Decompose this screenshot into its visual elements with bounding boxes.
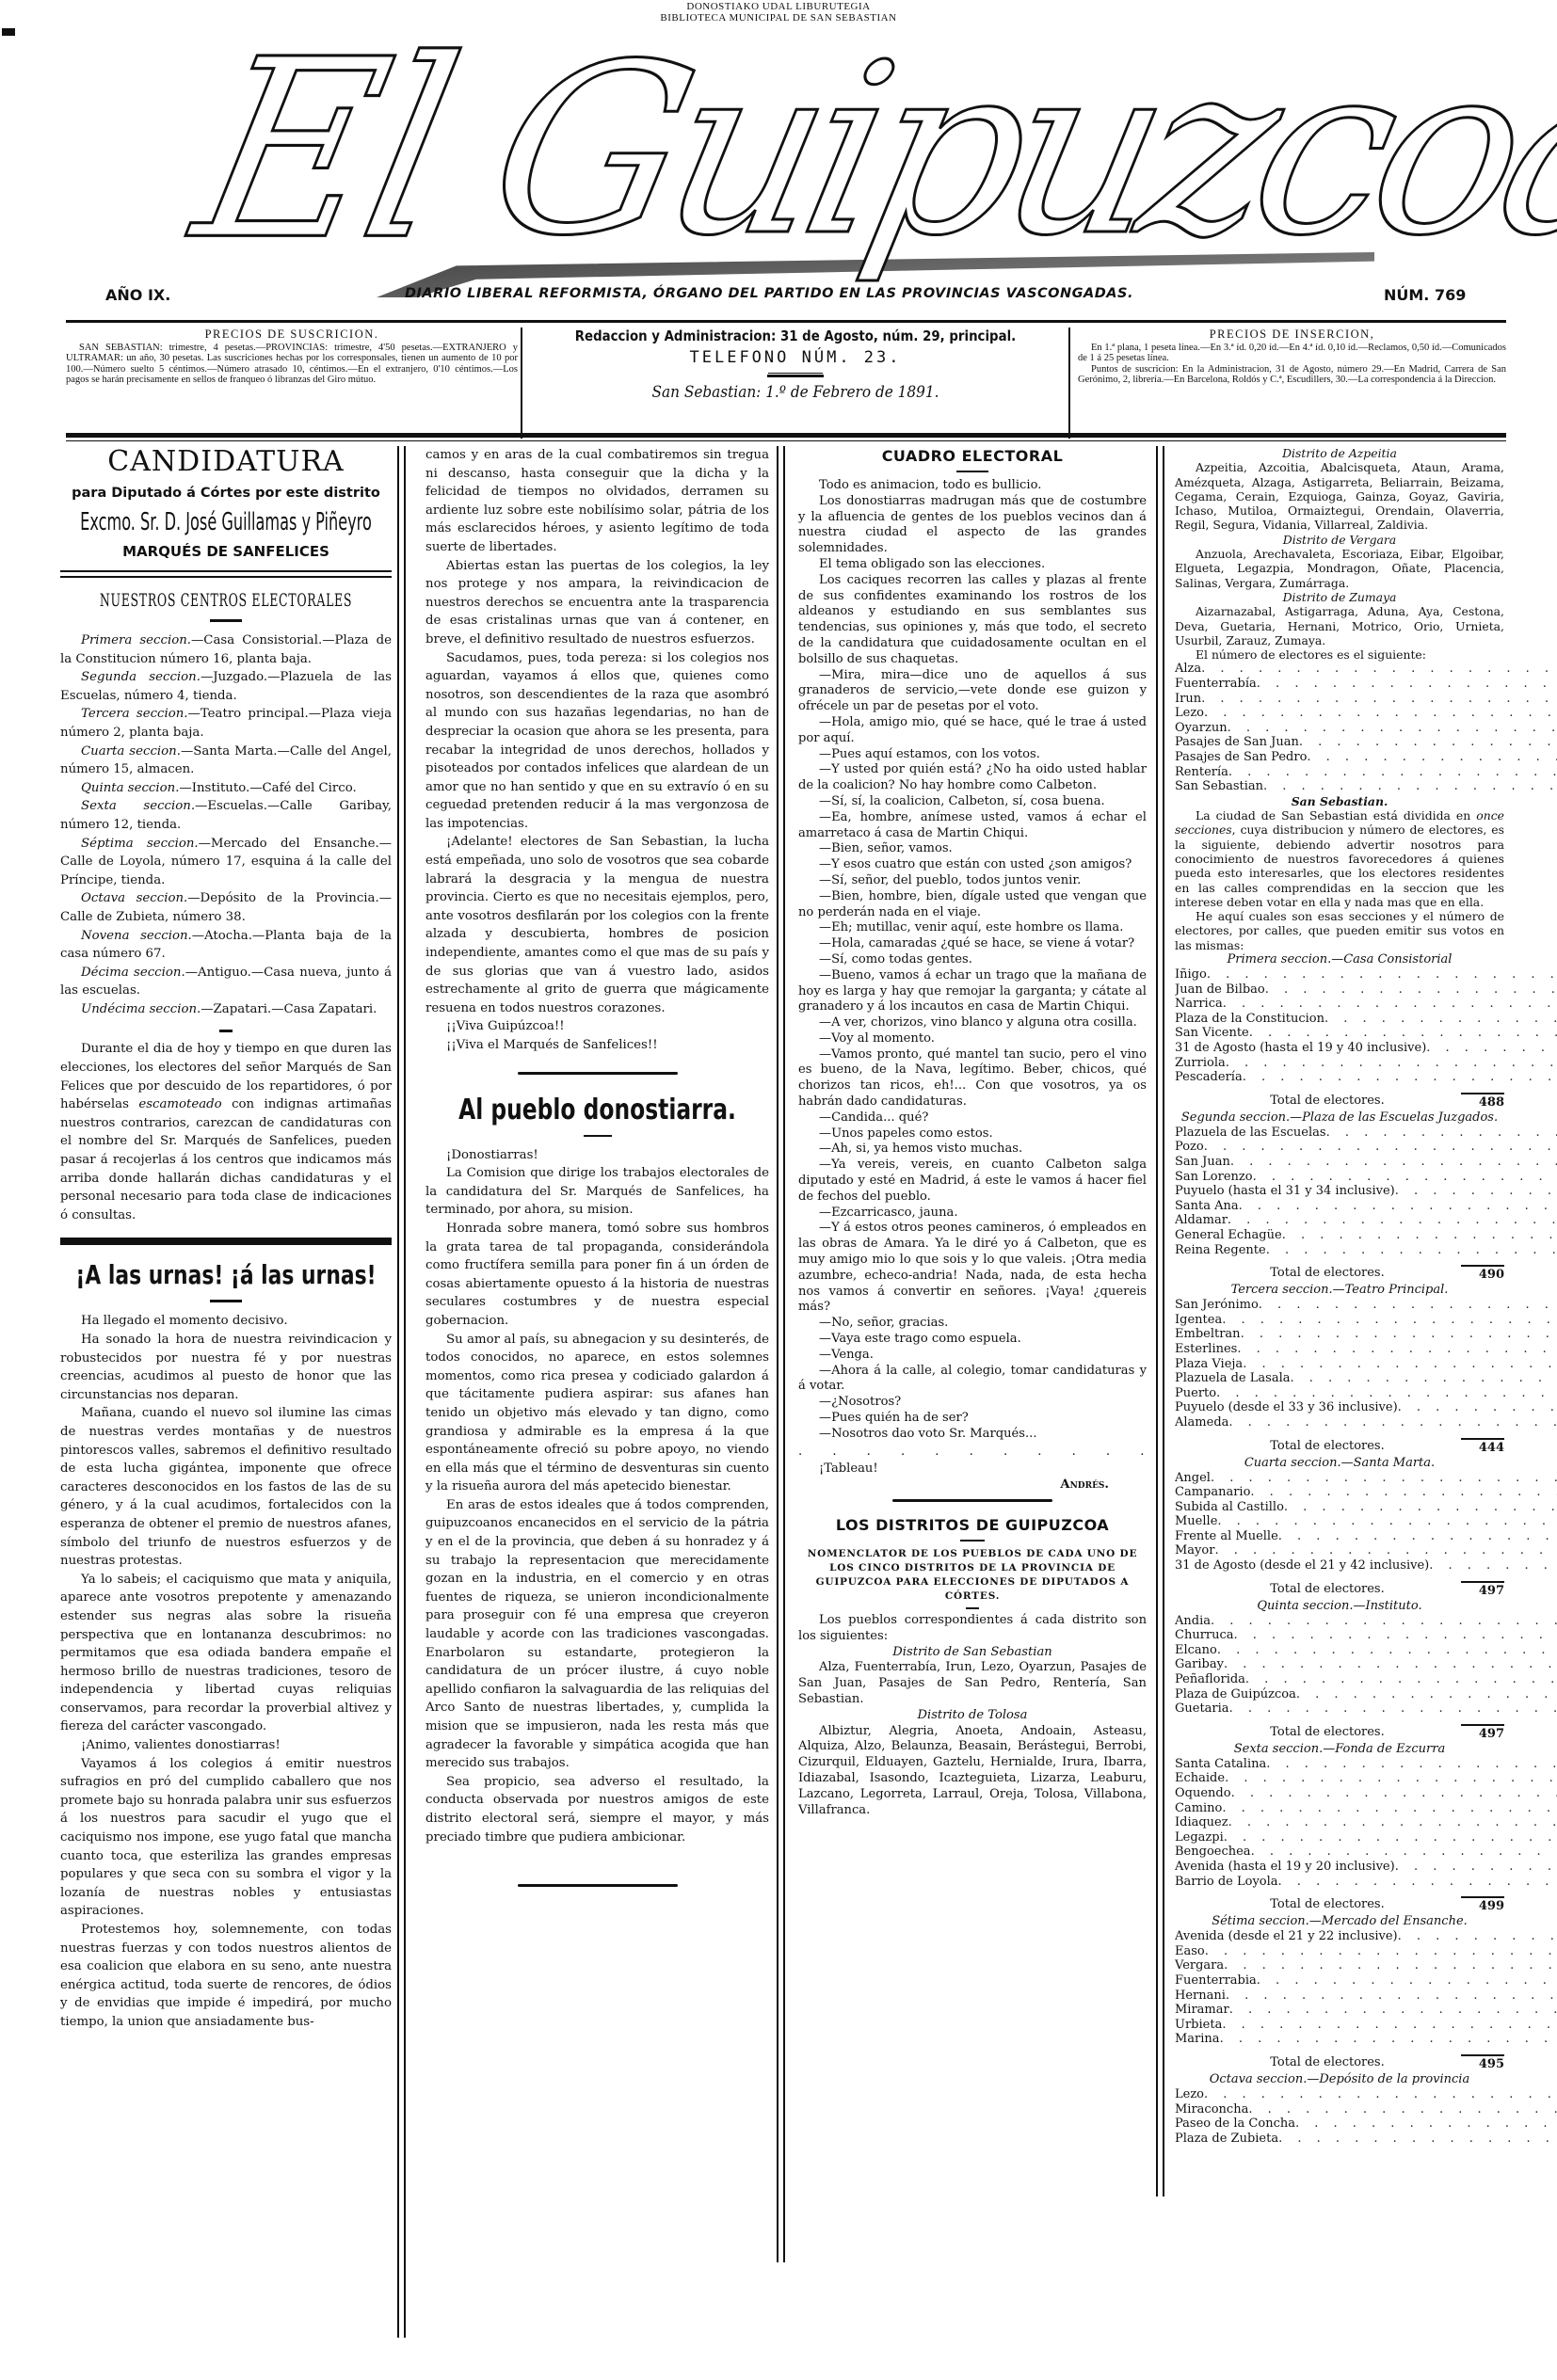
row-label: Subida al Castillo. . . . . . . . . . . …	[1175, 1500, 1557, 1515]
row-label: Oyarzun. . . . . . . . . . . . . . . . .…	[1175, 721, 1557, 736]
insertion-box: PRECIOS DE INSERCION, En 1.ª plana, 1 pe…	[1078, 329, 1506, 386]
section-total: Total de electores.495	[1175, 2054, 1504, 2072]
table-row: Avenida (desde el 21 y 22 inclusive). . …	[1175, 1929, 1557, 1944]
table-row: San Jerónimo. . . . . . . . . . . . . . …	[1175, 1298, 1557, 1313]
insertion-rates: En 1.ª plana, 1 peseta línea.—En 3.ª íd.…	[1078, 343, 1506, 364]
section-tables: Primera seccion.—Casa ConsistorialIñigo.…	[1175, 952, 1504, 2146]
section-title: Sexta seccion.—Fonda de Ezcurra	[1175, 1742, 1504, 1757]
urnas-continued-paragraph: ¡Adelante! electores de San Sebastian, l…	[425, 833, 769, 1017]
table-row: Esterlines. . . . . . . . . . . . . . . …	[1175, 1342, 1557, 1357]
distrito-tolosa-title: Distrito de Tolosa	[798, 1708, 1147, 1724]
row-label: Aldamar. . . . . . . . . . . . . . . . .…	[1175, 1213, 1557, 1228]
urnas-paragraph: Mañana, cuando el nuevo sol ilumine las …	[60, 1404, 392, 1570]
table-row: Easo. . . . . . . . . . . . . . . . . . …	[1175, 1944, 1557, 1959]
dialogue-line: —Ezcarricasco, jauna.	[798, 1206, 1147, 1222]
dialogue-line: —No, señor, gracias.	[798, 1316, 1147, 1332]
section-table: Avenida (desde el 21 y 22 inclusive). . …	[1175, 1929, 1557, 2047]
centro-item: Undécima seccion.—Zapatari.—Casa Zapatar…	[60, 1000, 392, 1019]
urnas-paragraph: Ya lo sabeis; el caciquismo que mata y a…	[60, 1571, 392, 1736]
dialogue-line: El tema obligado son las elecciones.	[798, 557, 1147, 573]
section-title: Tercera seccion.—Teatro Principal.	[1175, 1283, 1504, 1298]
row-label: Frente al Muelle. . . . . . . . . . . . …	[1175, 1529, 1557, 1544]
row-label: Angel. . . . . . . . . . . . . . . . . .…	[1175, 1471, 1557, 1486]
table-row: Mayor. . . . . . . . . . . . . . . . . .…	[1175, 1543, 1557, 1558]
row-label: Plaza de Guipúzcoa. . . . . . . . . . . …	[1175, 1687, 1557, 1702]
table-row: San Sebastian. . . . . . . . . . . . . .…	[1175, 779, 1557, 794]
dialogue-line: —Bien, señor, vamos.	[798, 841, 1147, 857]
san-sebastian-intro2: He aquí cuales son esas secciones y el n…	[1175, 909, 1504, 952]
author-signature: Andrés.	[798, 1478, 1147, 1493]
table-row: Rentería. . . . . . . . . . . . . . . . …	[1175, 765, 1557, 780]
insertion-heading: PRECIOS DE INSERCION,	[1078, 329, 1506, 341]
row-label: Mayor. . . . . . . . . . . . . . . . . .…	[1175, 1543, 1557, 1558]
row-label: Lezo. . . . . . . . . . . . . . . . . . …	[1175, 706, 1557, 721]
table-row: Miramar. . . . . . . . . . . . . . . . .…	[1175, 2003, 1557, 2018]
san-sebastian-title: San Sebastian.	[1175, 794, 1504, 808]
centros-notice: Durante el dia de hoy y tiempo en que du…	[60, 1040, 392, 1224]
dialogue-line: —Eh; mutillac, venir aquí, este hombre o…	[798, 920, 1147, 936]
row-label: Miraconcha. . . . . . . . . . . . . . . …	[1175, 2102, 1557, 2117]
ornament-rule	[518, 1884, 678, 1887]
row-label: Zurriola. . . . . . . . . . . . . . . . …	[1175, 1056, 1557, 1071]
table-row: Churruca. . . . . . . . . . . . . . . . …	[1175, 1628, 1557, 1643]
row-label: Paseo de la Concha. . . . . . . . . . . …	[1175, 2116, 1557, 2132]
row-label: Miramar. . . . . . . . . . . . . . . . .…	[1175, 2003, 1557, 2018]
row-label: Juan de Bilbao. . . . . . . . . . . . . …	[1175, 982, 1557, 998]
table-row: Plaza de la Constitucion. . . . . . . . …	[1175, 1012, 1557, 1027]
pueblo-paragraph: En aras de estos ideales que á todos com…	[425, 1496, 769, 1773]
table-row: Garibay. . . . . . . . . . . . . . . . .…	[1175, 1657, 1557, 1672]
subscription-box: PRECIOS DE SUSCRICION. SAN SEBASTIAN: tr…	[66, 329, 518, 386]
row-label: Elcano. . . . . . . . . . . . . . . . . …	[1175, 1643, 1557, 1658]
centro-item: Primera seccion.—Casa Consistorial.—Plaz…	[60, 631, 392, 668]
section-total: Total de electores.499	[1175, 1896, 1504, 1914]
row-label: Avenida (desde el 21 y 22 inclusive). . …	[1175, 1929, 1557, 1944]
dialogue-line: —Y esos cuatro que están con usted ¿son …	[798, 857, 1147, 873]
table-row: Oyarzun. . . . . . . . . . . . . . . . .…	[1175, 721, 1557, 736]
dialogue-line: —Sí, señor, del pueblo, todos juntos ven…	[798, 873, 1147, 889]
section-total: Total de electores.490	[1175, 1265, 1504, 1283]
candidatura-rule	[60, 570, 392, 578]
year-label: AÑO IX.	[105, 286, 170, 304]
table-row: Juan de Bilbao. . . . . . . . . . . . . …	[1175, 982, 1557, 998]
telephone-line: TELEFONO NÚM. 23.	[527, 348, 1064, 367]
distrito-azpeitia-towns: Azpeitia, Azcoitia, Abalcisqueta, Ataun,…	[1175, 460, 1504, 532]
urnas-paragraph: Vayamos á los colegios á emitir nuestros…	[60, 1755, 392, 1921]
dialogue-line: —Bien, hombre, bien, dígale usted que ve…	[798, 889, 1147, 921]
table-row: Pasajes de San Juan. . . . . . . . . . .…	[1175, 735, 1557, 750]
table-row: San Lorenzo. . . . . . . . . . . . . . .…	[1175, 1170, 1557, 1185]
cuadro-title: CUADRO ELECTORAL	[798, 446, 1147, 467]
row-label: Muelle. . . . . . . . . . . . . . . . . …	[1175, 1514, 1557, 1529]
dialogue-line: Todo es animacion, todo es bullicio.	[798, 478, 1147, 494]
table-row: 31 de Agosto (desde el 21 y 42 inclusive…	[1175, 1558, 1557, 1573]
section-total: Total de electores.497	[1175, 1724, 1504, 1742]
masthead-logo: El Guipuzcoano	[151, 28, 1393, 282]
centro-item: Novena seccion.—Atocha.—Planta baja de l…	[60, 927, 392, 964]
masthead-title-el: El	[180, 23, 470, 280]
urnas-title: ¡A las urnas! ¡á las urnas!	[68, 1256, 385, 1294]
header-rule-bottom-thin	[66, 440, 1506, 441]
table-row: Bengoechea. . . . . . . . . . . . . . . …	[1175, 1845, 1557, 1860]
table-row: Paseo de la Concha. . . . . . . . . . . …	[1175, 2116, 1557, 2132]
row-label: Pozo. . . . . . . . . . . . . . . . . . …	[1175, 1140, 1557, 1155]
row-label: San Lorenzo. . . . . . . . . . . . . . .…	[1175, 1170, 1557, 1185]
address-line: Redaccion y Administracion: 31 de Agosto…	[565, 327, 1026, 344]
table-row: Plaza Vieja. . . . . . . . . . . . . . .…	[1175, 1357, 1557, 1372]
row-label: Puyuelo (hasta el 31 y 34 inclusive). . …	[1175, 1184, 1557, 1199]
dialogue-line: —Voy al momento.	[798, 1031, 1147, 1047]
table-row: Irun. . . . . . . . . . . . . . . . . . …	[1175, 692, 1557, 707]
table-row: Alameda. . . . . . . . . . . . . . . . .…	[1175, 1415, 1557, 1430]
table-row: Frente al Muelle. . . . . . . . . . . . …	[1175, 1529, 1557, 1544]
urnas-paragraph: ¡Animo, valientes donostiarras!	[60, 1736, 392, 1755]
table-row: Subida al Castillo. . . . . . . . . . . …	[1175, 1500, 1557, 1515]
district-electors-table: Alza. . . . . . . . . . . . . . . . . . …	[1175, 662, 1557, 793]
row-label: General Echagüe. . . . . . . . . . . . .…	[1175, 1228, 1557, 1243]
table-row: Igentea. . . . . . . . . . . . . . . . .…	[1175, 1313, 1557, 1328]
centro-item: Tercera seccion.—Teatro principal.—Plaza…	[60, 705, 392, 742]
dialogue-line: —Y usted por quién está? ¿No ha oido ust…	[798, 762, 1147, 794]
dialogue-line: —Hola, amigo mio, qué se hace, qué le tr…	[798, 715, 1147, 747]
insertion-points: Puntos de suscricion: En la Administraci…	[1078, 364, 1506, 386]
section-table: San Jerónimo. . . . . . . . . . . . . . …	[1175, 1298, 1557, 1430]
centros-title: NUESTROS CENTROS ELECTORALES	[67, 587, 385, 614]
centro-item: Sexta seccion.—Escuelas.—Calle Garibay, …	[60, 797, 392, 834]
row-label: San Juan. . . . . . . . . . . . . . . . …	[1175, 1155, 1557, 1170]
row-label: 31 de Agosto (hasta el 19 y 40 inclusive…	[1175, 1041, 1557, 1056]
table-row: Legazpi. . . . . . . . . . . . . . . . .…	[1175, 1830, 1557, 1845]
urnas-continued-paragraph: camos y en aras de la cual combatiremos …	[425, 446, 769, 557]
urnas-dash	[210, 1300, 242, 1302]
section-total: Total de electores.497	[1175, 1581, 1504, 1599]
dialogue-line: —Mira, mira—dice uno de aquellos á sus g…	[798, 668, 1147, 715]
column-4: Distrito de Azpeitia Azpeitia, Azcoitia,…	[1175, 446, 1504, 2146]
row-label: Embeltran. . . . . . . . . . . . . . . .…	[1175, 1327, 1557, 1342]
table-row: Lezo. . . . . . . . . . . . . . . . . . …	[1175, 2087, 1557, 2102]
table-row: Peñaflorida. . . . . . . . . . . . . . .…	[1175, 1672, 1557, 1687]
table-row: Marina. . . . . . . . . . . . . . . . . …	[1175, 2032, 1557, 2047]
column-rule-3	[1156, 446, 1164, 2196]
notice-dash	[219, 1030, 233, 1032]
cuadro-closing: ¡Tableau!	[798, 1462, 1147, 1478]
section-table: Andia. . . . . . . . . . . . . . . . . .…	[1175, 1614, 1557, 1717]
dateline: San Sebastian: 1.º de Febrero de 1891.	[554, 383, 1037, 402]
masthead-title-guipuzcoano: Guipuzcoano	[473, 28, 1557, 273]
section-table: Plazuela de las Escuelas. . . . . . . . …	[1175, 1126, 1557, 1257]
table-row: General Echagüe. . . . . . . . . . . . .…	[1175, 1228, 1557, 1243]
section-title: Segunda seccion.—Plaza de las Escuelas J…	[1175, 1110, 1504, 1126]
dialogue-line: —Ah, si, ya hemos visto muchas.	[798, 1142, 1147, 1158]
cuadro-dialogue: Todo es animacion, todo es bullicio.Los …	[798, 478, 1147, 1443]
centros-dash	[210, 619, 242, 622]
dialogue-line: —Pues aquí estamos, con los votos.	[798, 747, 1147, 763]
urnas-paragraph: Ha sonado la hora de nuestra reivindicac…	[60, 1331, 392, 1404]
dialogue-line: —Y á estos otros peones camineros, ó emp…	[798, 1221, 1147, 1316]
section-table: Iñigo. . . . . . . . . . . . . . . . . .…	[1175, 967, 1557, 1085]
dialogue-line: —Ahora á la calle, al colegio, tomar can…	[798, 1364, 1147, 1396]
viva-guipuzcoa: ¡¡Viva Guipúzcoa!!	[425, 1017, 769, 1036]
row-label: Esterlines. . . . . . . . . . . . . . . …	[1175, 1342, 1557, 1357]
row-label: Plazuela de Lasala. . . . . . . . . . . …	[1175, 1371, 1557, 1386]
row-label: Igentea. . . . . . . . . . . . . . . . .…	[1175, 1313, 1557, 1328]
row-label: Reina Regente. . . . . . . . . . . . . .…	[1175, 1243, 1557, 1258]
row-label: Oquendo. . . . . . . . . . . . . . . . .…	[1175, 1786, 1557, 1801]
dialogue-line: —Unos papeles como estos.	[798, 1126, 1147, 1142]
row-label: Guetaria. . . . . . . . . . . . . . . . …	[1175, 1701, 1557, 1717]
dialogue-line: —Bueno, vamos á echar un trago que la ma…	[798, 968, 1147, 1015]
section-title: Sétima seccion.—Mercado del Ensanche.	[1175, 1914, 1504, 1929]
centros-list: Primera seccion.—Casa Consistorial.—Plaz…	[60, 631, 392, 1018]
row-label: Plaza de la Constitucion. . . . . . . . …	[1175, 1012, 1557, 1027]
urnas-continued-paragraph: Abiertas estan las puertas de los colegi…	[425, 557, 769, 649]
dialogue-line: —Ya vereis, vereis, en cuanto Calbeton s…	[798, 1158, 1147, 1205]
pueblo-paragraph: Honrada sobre manera, tomó sobre sus hom…	[425, 1220, 769, 1331]
distrito-vergara-towns: Anzuola, Arechavaleta, Escoriaza, Eibar,…	[1175, 547, 1504, 590]
row-label: Bengoechea. . . . . . . . . . . . . . . …	[1175, 1845, 1557, 1860]
section-title: Cuarta seccion.—Santa Marta.	[1175, 1456, 1504, 1471]
table-row: Puerto. . . . . . . . . . . . . . . . . …	[1175, 1386, 1557, 1401]
pueblo-paragraph: ¡Donostiarras!	[425, 1146, 769, 1165]
row-label: Pescadería. . . . . . . . . . . . . . . …	[1175, 1070, 1557, 1085]
subscription-heading: PRECIOS DE SUSCRICION.	[66, 329, 518, 341]
dialogue-line: —Vaya este trago como espuela.	[798, 1332, 1147, 1348]
dialogue-line: —Ea, hombre, anímese usted, vamos á echa…	[798, 810, 1147, 842]
dialogue-line: —Hola, camaradas ¿qué se hace, se viene …	[798, 936, 1147, 952]
table-row: Miraconcha. . . . . . . . . . . . . . . …	[1175, 2102, 1557, 2117]
urnas-continued-paragraph: Sacudamos, pues, toda pereza: si los col…	[425, 649, 769, 834]
distrito-san-sebastian-title: Distrito de San Sebastian	[798, 1645, 1147, 1661]
table-row: Vergara. . . . . . . . . . . . . . . . .…	[1175, 1958, 1557, 1973]
table-row: Iñigo. . . . . . . . . . . . . . . . . .…	[1175, 967, 1557, 982]
row-label: Garibay. . . . . . . . . . . . . . . . .…	[1175, 1657, 1557, 1672]
dialogue-line: —Vamos pronto, qué mantel tan sucio, per…	[798, 1047, 1147, 1110]
column-3: CUADRO ELECTORAL Todo es animacion, todo…	[798, 446, 1147, 1818]
table-row: Santa Catalina. . . . . . . . . . . . . …	[1175, 1757, 1557, 1772]
distritos-dash	[960, 1540, 985, 1541]
row-label: 31 de Agosto (desde el 21 y 42 inclusive…	[1175, 1558, 1557, 1573]
table-row: Andia. . . . . . . . . . . . . . . . . .…	[1175, 1614, 1557, 1629]
centro-item: Quinta seccion.—Instituto.—Café del Circ…	[60, 779, 392, 798]
issue-number: NÚM. 769	[1384, 286, 1466, 304]
distrito-san-sebastian-towns: Alza, Fuenterrabía, Irun, Lezo, Oyarzun,…	[798, 1660, 1147, 1707]
column-2: camos y en aras de la cual combatiremos …	[425, 446, 769, 1904]
section-title: Quinta seccion.—Instituto.	[1175, 1599, 1504, 1614]
header-divider-1	[521, 327, 522, 439]
dotted-separator: . . . . . . . . . . . . . . . . . .	[798, 1445, 1147, 1461]
distrito-azpeitia-title: Distrito de Azpeitia	[1175, 446, 1504, 460]
distrito-zumaya-towns: Aizarnazabal, Astigarraga, Aduna, Aya, C…	[1175, 604, 1504, 647]
ornament-rule	[518, 1072, 678, 1075]
table-row: Plaza de Guipúzcoa. . . . . . . . . . . …	[1175, 1687, 1557, 1702]
section-rule	[60, 1238, 392, 1245]
pueblo-dash	[584, 1135, 612, 1137]
table-row: Plazuela de las Escuelas. . . . . . . . …	[1175, 1126, 1557, 1141]
motto: DIARIO LIBERAL REFORMISTA, ÓRGANO DEL PA…	[405, 286, 1133, 301]
dialogue-line: —A ver, chorizos, vino blanco y alguna o…	[798, 1015, 1147, 1031]
row-label: Rentería. . . . . . . . . . . . . . . . …	[1175, 765, 1557, 780]
distritos-intro: Los pueblos correspondientes á cada dist…	[798, 1613, 1147, 1645]
viva-marques: ¡¡Viva el Marqués de Sanfelices!!	[425, 1036, 769, 1055]
candidate-title: MARQUÉS DE SANFELICES	[60, 542, 392, 561]
row-label: Iñigo. . . . . . . . . . . . . . . . . .…	[1175, 967, 1557, 982]
row-label: Irun. . . . . . . . . . . . . . . . . . …	[1175, 692, 1557, 707]
row-label: Echaide. . . . . . . . . . . . . . . . .…	[1175, 1771, 1557, 1786]
pueblo-paragraph: Sea propicio, sea adverso el resultado, …	[425, 1773, 769, 1846]
row-label: Hernani. . . . . . . . . . . . . . . . .…	[1175, 1989, 1557, 2004]
row-label: San Vicente. . . . . . . . . . . . . . .…	[1175, 1026, 1557, 1041]
distrito-vergara-title: Distrito de Vergara	[1175, 533, 1504, 547]
table-row: Avenida (hasta el 19 y 20 inclusive). . …	[1175, 1860, 1557, 1875]
dialogue-line: —Nosotros dao voto Sr. Marqués...	[798, 1427, 1147, 1443]
header-rule-bottom	[66, 433, 1506, 438]
table-row: Plaza de Zubieta. . . . . . . . . . . . …	[1175, 2132, 1557, 2147]
row-label: Lezo. . . . . . . . . . . . . . . . . . …	[1175, 2087, 1557, 2102]
row-label: Puerto. . . . . . . . . . . . . . . . . …	[1175, 1386, 1557, 1401]
row-label: Alza. . . . . . . . . . . . . . . . . . …	[1175, 662, 1557, 677]
table-row: Lezo. . . . . . . . . . . . . . . . . . …	[1175, 706, 1557, 721]
distritos-title: LOS DISTRITOS DE GUIPUZCOA	[798, 1515, 1147, 1536]
table-row: Campanario. . . . . . . . . . . . . . . …	[1175, 1485, 1557, 1500]
section-table: Angel. . . . . . . . . . . . . . . . . .…	[1175, 1471, 1557, 1573]
row-label: Vergara. . . . . . . . . . . . . . . . .…	[1175, 1958, 1557, 1973]
row-label: Camino. . . . . . . . . . . . . . . . . …	[1175, 1801, 1557, 1816]
urnas-paragraph: Protestemos hoy, solemnemente, con todas…	[60, 1921, 392, 2032]
table-row: San Vicente. . . . . . . . . . . . . . .…	[1175, 1026, 1557, 1041]
dialogue-line: —¿Nosotros?	[798, 1395, 1147, 1411]
column-rule-2	[777, 446, 785, 2262]
table-row: Pescadería. . . . . . . . . . . . . . . …	[1175, 1070, 1557, 1085]
table-row: Camino. . . . . . . . . . . . . . . . . …	[1175, 1801, 1557, 1816]
row-label: Fuenterrabía. . . . . . . . . . . . . . …	[1175, 677, 1557, 692]
centro-item: Segunda seccion.—Juzgado.—Plazuela de la…	[60, 668, 392, 705]
library-stamp-line1: DONOSTIAKO UDAL LIBURUTEGIA	[0, 1, 1557, 12]
row-label: Santa Catalina. . . . . . . . . . . . . …	[1175, 1757, 1557, 1772]
table-row: Pasajes de San Pedro. . . . . . . . . . …	[1175, 750, 1557, 765]
ornament-rule	[767, 375, 824, 377]
row-label: Campanario. . . . . . . . . . . . . . . …	[1175, 1485, 1557, 1500]
row-label: Barrio de Loyola. . . . . . . . . . . . …	[1175, 1875, 1557, 1890]
table-row: Narrica. . . . . . . . . . . . . . . . .…	[1175, 997, 1557, 1012]
table-row: Alza. . . . . . . . . . . . . . . . . . …	[1175, 662, 1557, 677]
table-row: Angel. . . . . . . . . . . . . . . . . .…	[1175, 1471, 1557, 1486]
row-label: Plaza Vieja. . . . . . . . . . . . . . .…	[1175, 1357, 1557, 1372]
candidate-name: Excmo. Sr. D. José Guillamas y Piñeyro	[76, 506, 375, 538]
section-total: Total de electores.488	[1175, 1093, 1504, 1110]
section-title: Primera seccion.—Casa Consistorial	[1175, 952, 1504, 967]
column-rule-1	[397, 446, 406, 2338]
table-row: Elcano. . . . . . . . . . . . . . . . . …	[1175, 1643, 1557, 1658]
row-label: Santa Ana. . . . . . . . . . . . . . . .…	[1175, 1199, 1557, 1214]
scan-mark	[2, 28, 15, 36]
row-label: Pasajes de San Juan. . . . . . . . . . .…	[1175, 735, 1557, 750]
table-row: Puyuelo (hasta el 31 y 34 inclusive). . …	[1175, 1184, 1557, 1199]
row-label: Urbieta. . . . . . . . . . . . . . . . .…	[1175, 2018, 1557, 2033]
column-1: CANDIDATURA para Diputado á Córtes por e…	[60, 446, 392, 2032]
table-row: Pozo. . . . . . . . . . . . . . . . . . …	[1175, 1140, 1557, 1155]
row-label: Idiaquez. . . . . . . . . . . . . . . . …	[1175, 1815, 1557, 1830]
table-row: Reina Regente. . . . . . . . . . . . . .…	[1175, 1243, 1557, 1258]
row-label: San Jerónimo. . . . . . . . . . . . . . …	[1175, 1298, 1557, 1313]
row-label: Legazpi. . . . . . . . . . . . . . . . .…	[1175, 1830, 1557, 1845]
table-row: Oquendo. . . . . . . . . . . . . . . . .…	[1175, 1786, 1557, 1801]
electores-intro: El número de electores es el siguiente:	[1175, 647, 1504, 662]
table-row: Barrio de Loyola. . . . . . . . . . . . …	[1175, 1875, 1557, 1890]
nomenclator-dash	[966, 1607, 979, 1609]
dialogue-line: —Candida... qué?	[798, 1110, 1147, 1126]
table-row: Muelle. . . . . . . . . . . . . . . . . …	[1175, 1514, 1557, 1529]
row-label: Pasajes de San Pedro. . . . . . . . . . …	[1175, 750, 1557, 765]
section-table: Lezo. . . . . . . . . . . . . . . . . . …	[1175, 2087, 1557, 2146]
address-box: Redaccion y Administracion: 31 de Agosto…	[527, 327, 1064, 402]
section-total: Total de electores.444	[1175, 1438, 1504, 1456]
section-title: Octava seccion.—Depósito de la provincia	[1175, 2072, 1504, 2087]
table-row: Plazuela de Lasala. . . . . . . . . . . …	[1175, 1371, 1557, 1386]
table-row: Aldamar. . . . . . . . . . . . . . . . .…	[1175, 1213, 1557, 1228]
row-label: Plazuela de las Escuelas. . . . . . . . …	[1175, 1126, 1557, 1141]
dialogue-line: —Pues quién ha de ser?	[798, 1411, 1147, 1427]
row-label: Alameda. . . . . . . . . . . . . . . . .…	[1175, 1415, 1557, 1430]
dialogue-line: —Venga.	[798, 1348, 1147, 1364]
row-label: Puyuelo (desde el 33 y 36 inclusive). . …	[1175, 1400, 1557, 1415]
san-sebastian-intro: La ciudad de San Sebastian está dividida…	[1175, 808, 1504, 909]
centro-item: Séptima seccion.—Mercado del Ensanche.—C…	[60, 835, 392, 890]
header-rule-top	[66, 320, 1506, 323]
table-row: San Juan. . . . . . . . . . . . . . . . …	[1175, 1155, 1557, 1170]
row-label: Marina. . . . . . . . . . . . . . . . . …	[1175, 2032, 1557, 2047]
table-row: Santa Ana. . . . . . . . . . . . . . . .…	[1175, 1199, 1557, 1214]
row-label: Peñaflorida. . . . . . . . . . . . . . .…	[1175, 1672, 1557, 1687]
candidatura-title: CANDIDATURA	[60, 446, 392, 478]
table-row: Idiaquez. . . . . . . . . . . . . . . . …	[1175, 1815, 1557, 1830]
section-table: Santa Catalina. . . . . . . . . . . . . …	[1175, 1757, 1557, 1889]
table-row: Fuenterrabia. . . . . . . . . . . . . . …	[1175, 1973, 1557, 1989]
dialogue-line: —Sí, sí, la coalicion, Calbeton, sí, cos…	[798, 794, 1147, 810]
pueblo-paragraph: La Comision que dirige los trabajos elec…	[425, 1164, 769, 1220]
distrito-tolosa-towns: Albiztur, Alegria, Anoeta, Andoain, Aste…	[798, 1724, 1147, 1819]
table-row: Echaide. . . . . . . . . . . . . . . . .…	[1175, 1771, 1557, 1786]
row-label: Plaza de Zubieta. . . . . . . . . . . . …	[1175, 2132, 1557, 2147]
row-label: Churruca. . . . . . . . . . . . . . . . …	[1175, 1628, 1557, 1643]
table-row: Embeltran. . . . . . . . . . . . . . . .…	[1175, 1327, 1557, 1342]
table-row: Hernani. . . . . . . . . . . . . . . . .…	[1175, 1989, 1557, 2004]
row-label: Fuenterrabia. . . . . . . . . . . . . . …	[1175, 1973, 1557, 1989]
dialogue-line: Los caciques recorren las calles y plaza…	[798, 573, 1147, 668]
table-row: Zurriola. . . . . . . . . . . . . . . . …	[1175, 1056, 1557, 1071]
dialogue-line: Los donostiarras madrugan más que de cos…	[798, 494, 1147, 557]
row-label: San Sebastian. . . . . . . . . . . . . .…	[1175, 779, 1557, 794]
row-label: Narrica. . . . . . . . . . . . . . . . .…	[1175, 997, 1557, 1012]
row-label: Avenida (hasta el 19 y 20 inclusive). . …	[1175, 1860, 1557, 1875]
table-row: Guetaria. . . . . . . . . . . . . . . . …	[1175, 1701, 1557, 1717]
candidatura-subtitle: para Diputado á Córtes por este distrito	[60, 484, 392, 503]
header-divider-2	[1068, 327, 1070, 439]
pueblo-title: Al pueblo donostiarra.	[434, 1092, 761, 1129]
table-row: Fuenterrabía. . . . . . . . . . . . . . …	[1175, 677, 1557, 692]
cuadro-dash	[956, 471, 988, 472]
dialogue-line: —Sí, como todas gentes.	[798, 952, 1147, 968]
urnas-paragraph: Ha llegado el momento decisivo.	[60, 1312, 392, 1331]
centro-item: Décima seccion.—Antiguo.—Casa nueva, jun…	[60, 964, 392, 1000]
masthead-subhead: AÑO IX. DIARIO LIBERAL REFORMISTA, ÓRGAN…	[0, 286, 1557, 307]
ornament-rule	[892, 1499, 1052, 1502]
table-row: 31 de Agosto (hasta el 19 y 40 inclusive…	[1175, 1041, 1557, 1056]
pueblo-paragraph: Su amor al país, su abnegacion y su desi…	[425, 1331, 769, 1496]
table-row: Puyuelo (desde el 33 y 36 inclusive). . …	[1175, 1400, 1557, 1415]
centro-item: Octava seccion.—Depósito de la Provincia…	[60, 889, 392, 926]
subscription-text: SAN SEBASTIAN: trimestre, 4 pesetas.—PRO…	[66, 343, 518, 386]
row-label: Easo. . . . . . . . . . . . . . . . . . …	[1175, 1944, 1557, 1959]
